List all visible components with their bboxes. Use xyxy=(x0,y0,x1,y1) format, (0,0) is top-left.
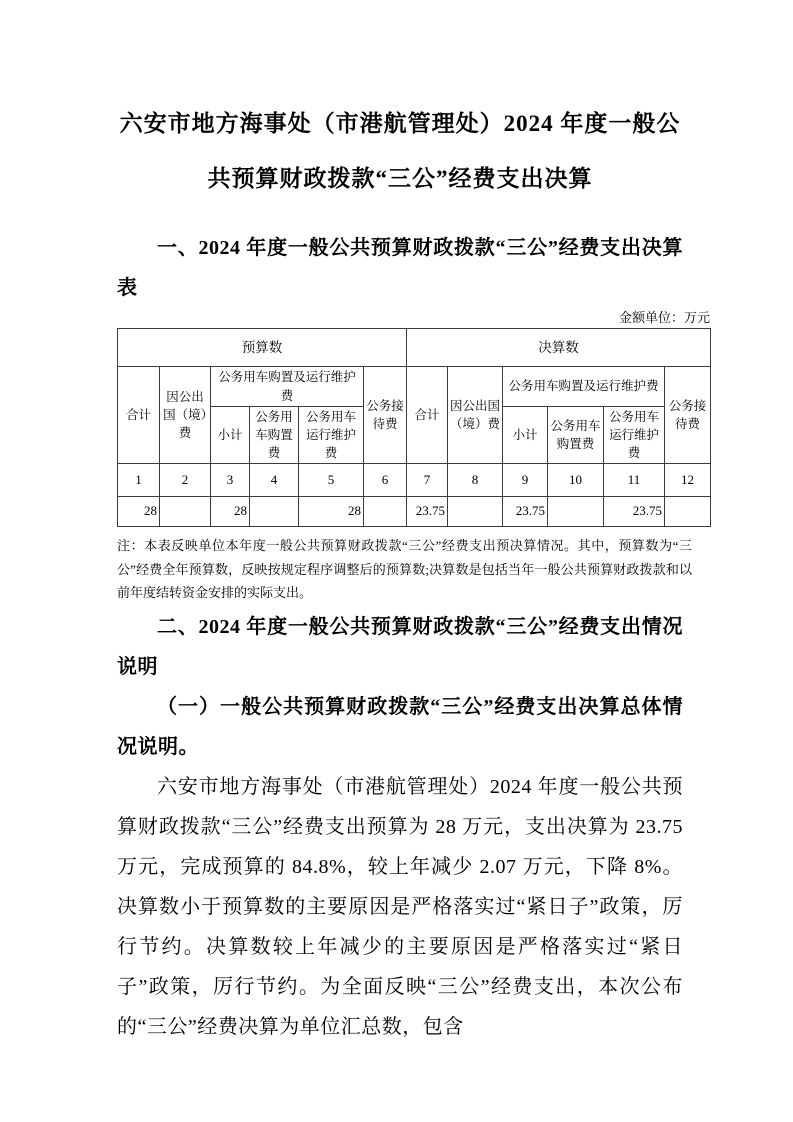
value-cell-vehicle-purchase-budget xyxy=(250,497,299,527)
header-vehicle-purchase-budget: 公务用车购置费 xyxy=(250,407,299,464)
header-abroad-final: 因公出国（境）费 xyxy=(448,367,503,464)
table-note: 注：本表反映单位本年度一般公共预算财政拨款“三公”经费支出预决算情况。其中，预算… xyxy=(117,534,692,605)
value-cell-total-final: 23.75 xyxy=(407,497,448,527)
header-vehicle-maintenance-final: 公务用车运行维护费 xyxy=(604,407,665,464)
column-number-cell: 8 xyxy=(448,464,503,497)
value-cell-total-budget: 28 xyxy=(118,497,160,527)
value-cell-abroad-final xyxy=(448,497,503,527)
header-reception-final: 公务接待费 xyxy=(665,367,711,464)
value-cell-vehicle-purchase-final xyxy=(548,497,604,527)
value-cell-vehicle-subtotal-final: 23.75 xyxy=(503,497,548,527)
header-vehicle-subtotal-final: 小计 xyxy=(503,407,548,464)
column-number-cell: 11 xyxy=(604,464,665,497)
header-total-budget: 合计 xyxy=(118,367,160,464)
group-header-budget: 预算数 xyxy=(118,329,407,367)
sangong-expense-table: 预算数 决算数 合计 因公出国（境）费 公务用车购置及运行维护费 公务接待费 合… xyxy=(117,328,711,527)
header-vehicle-purchase-final: 公务用车购置费 xyxy=(548,407,604,464)
column-number-cell: 5 xyxy=(299,464,364,497)
value-cell-vehicle-maintenance-budget: 28 xyxy=(299,497,364,527)
header-reception-budget: 公务接待费 xyxy=(364,367,407,464)
table-group-header-row: 预算数 决算数 xyxy=(118,329,711,367)
value-cell-reception-budget xyxy=(364,497,407,527)
header-vehicle-subtotal-budget: 小计 xyxy=(211,407,250,464)
column-number-cell: 4 xyxy=(250,464,299,497)
section-2-paragraph-1: 六安市地方海事处（市港航管理处）2024 年度一般公共预算财政拨款“三公”经费支… xyxy=(117,767,683,1047)
header-vehicle-maintenance-budget: 公务用车运行维护费 xyxy=(299,407,364,464)
column-number-cell: 10 xyxy=(548,464,604,497)
column-number-cell: 2 xyxy=(160,464,211,497)
document-page: 六安市地方海事处（市港航管理处）2024 年度一般公共预算财政拨款“三公”经费支… xyxy=(0,0,793,1122)
group-header-final: 决算数 xyxy=(407,329,711,367)
section-2-sub-1-heading: （一）一般公共预算财政拨款“三公”经费支出决算总体情况说明。 xyxy=(117,687,683,767)
column-number-cell: 9 xyxy=(503,464,548,497)
header-abroad-budget: 因公出国（境）费 xyxy=(160,367,211,464)
value-cell-reception-final xyxy=(665,497,711,527)
value-row: 28 28 28 23.75 23.75 23.75 xyxy=(118,497,711,527)
table-mid-header-row: 合计 因公出国（境）费 公务用车购置及运行维护费 公务接待费 合计 因公出国（境… xyxy=(118,367,711,407)
section-2-heading: 二、2024 年度一般公共预算财政拨款“三公”经费支出情况说明 xyxy=(117,607,683,687)
value-cell-vehicle-maintenance-final: 23.75 xyxy=(604,497,665,527)
value-cell-vehicle-subtotal-budget: 28 xyxy=(211,497,250,527)
column-number-row: 1 2 3 4 5 6 7 8 9 10 11 12 xyxy=(118,464,711,497)
header-vehicle-group-final: 公务用车购置及运行维护费 xyxy=(503,367,665,407)
section-1-heading: 一、2024 年度一般公共预算财政拨款“三公”经费支出决算表 xyxy=(117,228,683,308)
unit-label: 金额单位：万元 xyxy=(117,310,710,326)
document-title: 六安市地方海事处（市港航管理处）2024 年度一般公共预算财政拨款“三公”经费支… xyxy=(117,96,683,206)
column-number-cell: 12 xyxy=(665,464,711,497)
header-total-final: 合计 xyxy=(407,367,448,464)
header-vehicle-group-budget: 公务用车购置及运行维护费 xyxy=(211,367,364,407)
column-number-cell: 3 xyxy=(211,464,250,497)
value-cell-abroad-budget xyxy=(160,497,211,527)
column-number-cell: 6 xyxy=(364,464,407,497)
column-number-cell: 7 xyxy=(407,464,448,497)
column-number-cell: 1 xyxy=(118,464,160,497)
